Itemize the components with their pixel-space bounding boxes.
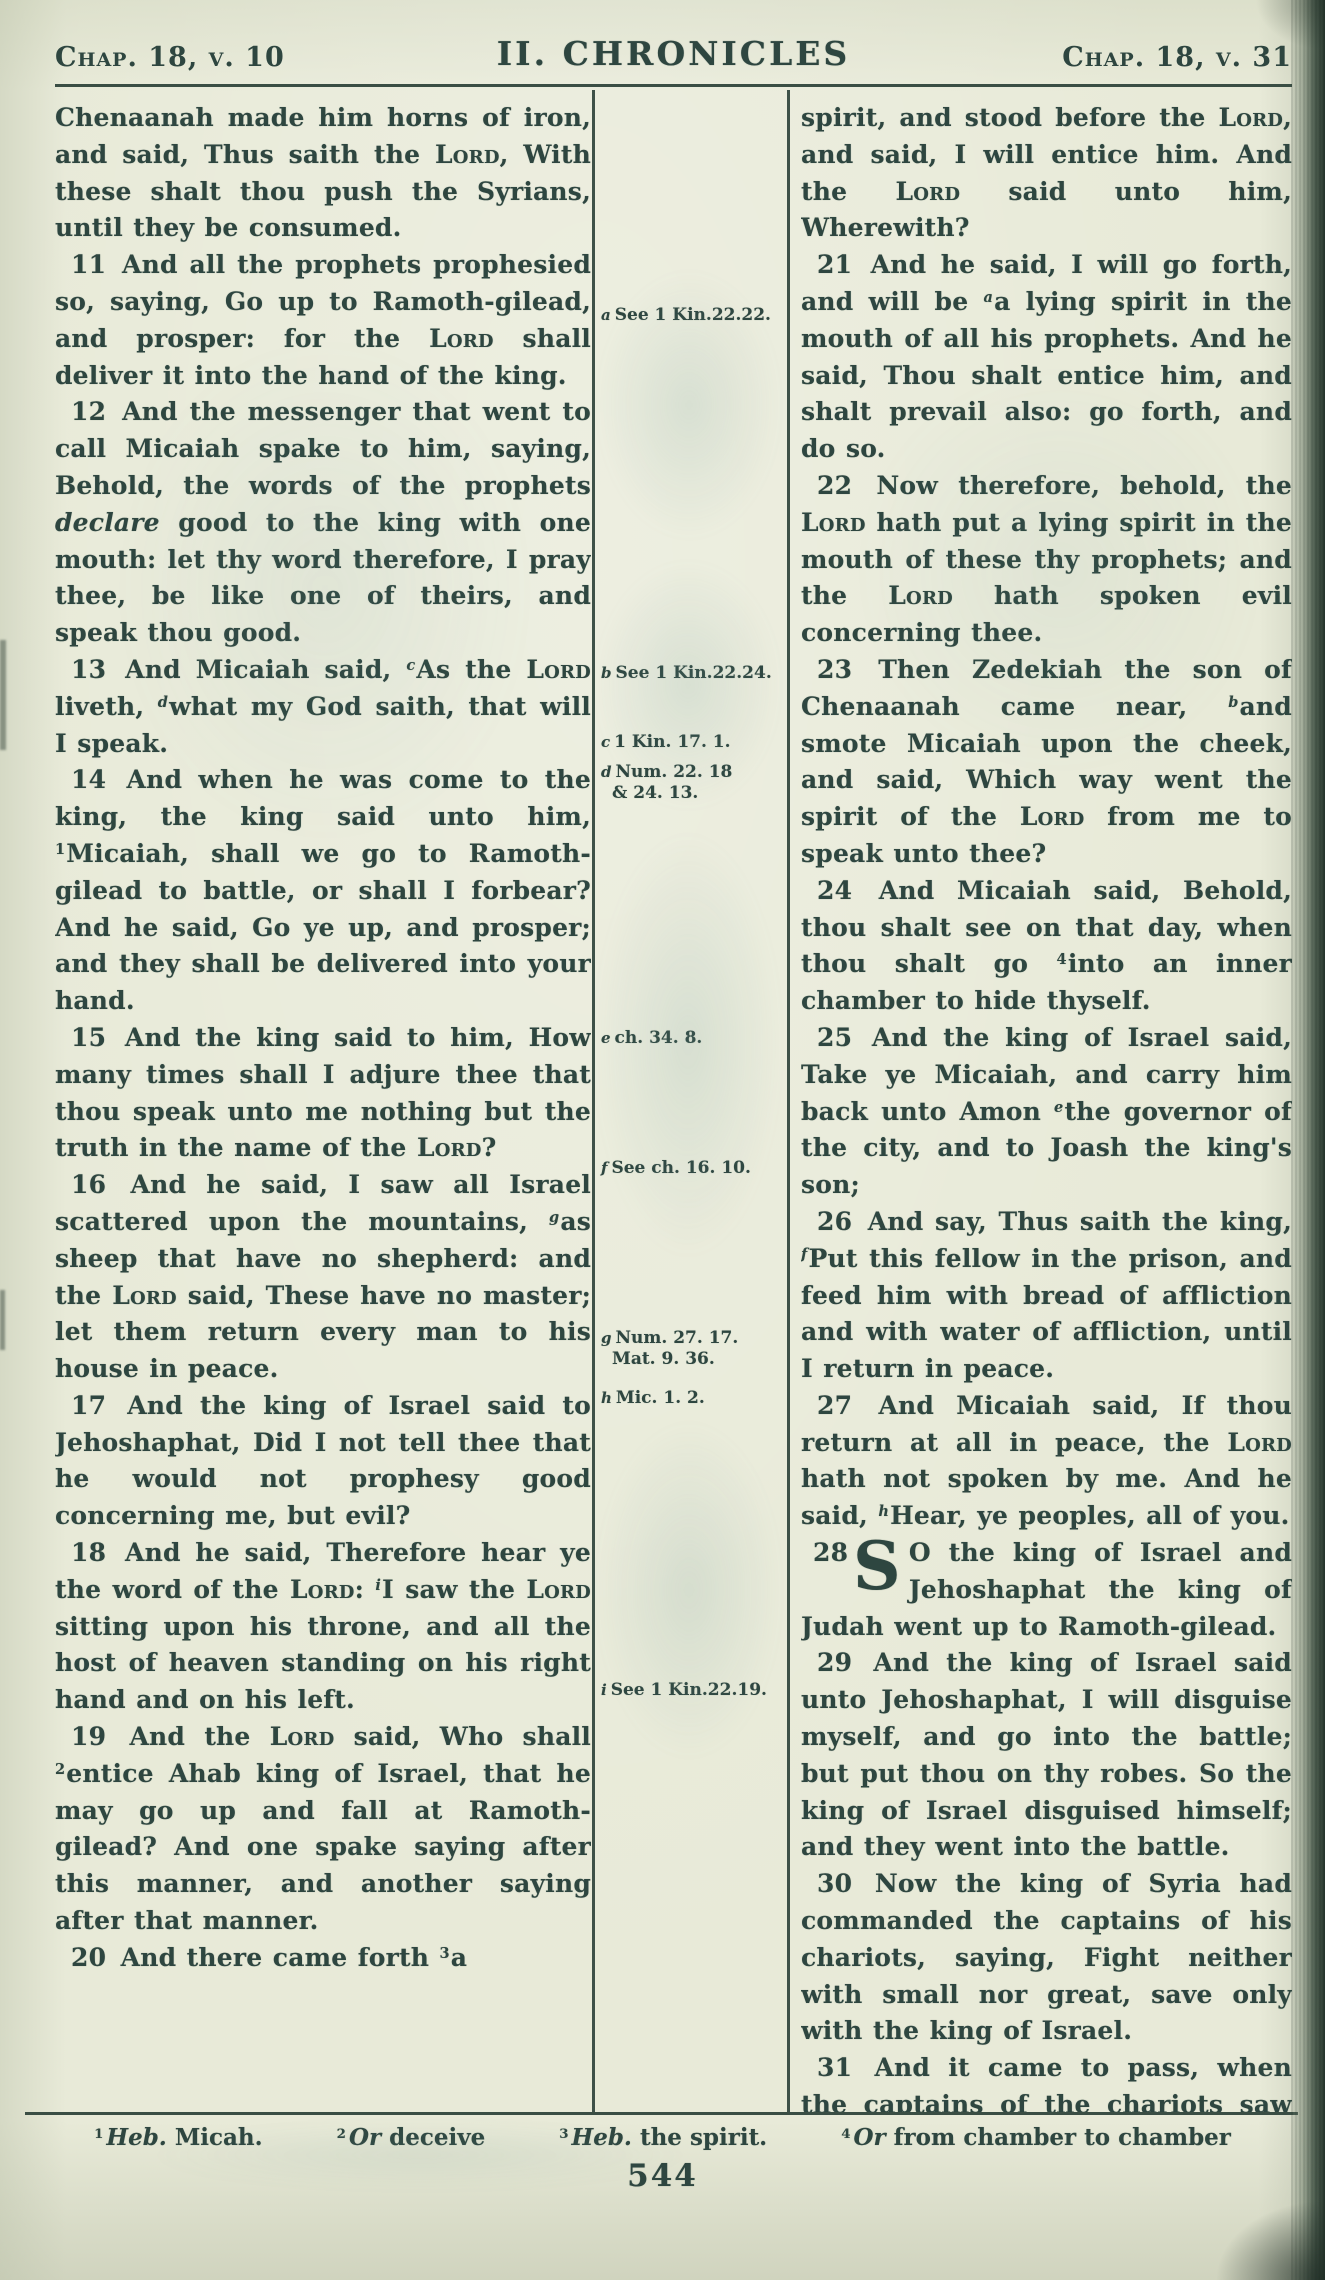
cross-reference: dNum. 22. 18& 24. 13. — [601, 762, 732, 804]
verse-paragraph: 30 Now the king of Syria had commanded t… — [801, 1866, 1292, 2050]
reference-mark: f — [801, 1246, 808, 1263]
cross-reference: aSee 1 Kin.22.22. — [601, 305, 771, 326]
verse-paragraph: 15 And the king said to him, How many ti… — [55, 1020, 591, 1167]
verse-number: 22 — [817, 471, 856, 500]
verse-number: 30 — [817, 1869, 856, 1898]
verse-number: 20 — [71, 1943, 110, 1972]
reference-letter: i — [601, 1681, 607, 1699]
reference-letter: d — [601, 763, 612, 781]
reference-letter: c — [601, 733, 610, 751]
verse-paragraph: 13 And Micaiah said, cAs the Lord liveth… — [55, 652, 591, 762]
verse-paragraph: 17 And the king of Israel said to Jehosh… — [55, 1388, 591, 1535]
footnotes: 1Heb. Micah.2Or deceive3Heb. the spirit.… — [40, 2124, 1285, 2152]
bottom-rule — [25, 2112, 1298, 2115]
cross-reference: bSee 1 Kin.22.24. — [601, 663, 772, 684]
reference-letter: h — [601, 1389, 612, 1407]
drop-cap: S — [853, 1539, 901, 1594]
left-text-column: Chenaanah made him horns of iron, and sa… — [55, 100, 591, 2112]
verse-number: 27 — [817, 1391, 856, 1420]
verse-number: 14 — [71, 765, 110, 794]
footnote-marker: 2 — [337, 2126, 349, 2142]
verse-number: 17 — [71, 1391, 110, 1420]
cross-reference: gNum. 27. 17.Mat. 9. 36. — [601, 1328, 738, 1370]
reference-letter: f — [601, 1159, 607, 1177]
footnote-marker: 3 — [559, 2126, 571, 2142]
verse-paragraph: 22 Now therefore, behold, the Lord hath … — [801, 468, 1292, 652]
verse-paragraph: 14 And when he was come to the king, the… — [55, 762, 591, 1020]
footnote-lead: Heb. — [106, 2124, 174, 2151]
verse-number: 31 — [817, 2053, 856, 2082]
verse-number: 13 — [71, 655, 110, 684]
verse-paragraph: spirit, and stood before the Lord, and s… — [801, 100, 1292, 247]
verse-number: 24 — [817, 876, 856, 905]
reference-mark: 1 — [55, 841, 66, 858]
reference-mark: g — [549, 1209, 560, 1226]
header-book-title: II. CHRONICLES — [497, 34, 851, 73]
reference-continuation: & 24. 13. — [601, 783, 732, 804]
reference-mark: i — [375, 1577, 382, 1594]
book-page: Chap. 18, v. 10 II. CHRONICLES Chap. 18,… — [0, 0, 1325, 2280]
verse-number: 15 — [71, 1023, 110, 1052]
verse-number: 21 — [817, 250, 856, 279]
page-number: 544 — [0, 2158, 1325, 2194]
verse-number: 25 — [817, 1023, 856, 1052]
verse-paragraph: 19 And the Lord said, Who shall 2entice … — [55, 1719, 591, 1940]
verse-paragraph: 12 And the messenger that went to call M… — [55, 394, 591, 652]
footnote-lead: Heb. — [571, 2124, 639, 2151]
verse-number: 23 — [817, 655, 856, 684]
reference-mark: d — [158, 694, 169, 711]
verse-paragraph: 24 And Micaiah said, Behold, thou shalt … — [801, 873, 1292, 1020]
footnote: 3Heb. the spirit. — [559, 2124, 767, 2152]
book-page-edge — [1291, 0, 1325, 2280]
reference-continuation: Mat. 9. 36. — [601, 1349, 738, 1370]
verse-paragraph: 16 And he said, I saw all Israel scatter… — [55, 1167, 591, 1388]
page-edge-mark — [0, 640, 6, 750]
verse-paragraph: Chenaanah made him horns of iron, and sa… — [55, 100, 591, 247]
reference-mark: 2 — [55, 1761, 66, 1778]
footnote-marker: 4 — [841, 2126, 853, 2142]
verse-number: 18 — [71, 1538, 110, 1567]
verse-number: 28 — [813, 1535, 852, 1572]
verse-paragraph: 26 And say, Thus saith the king, fPut th… — [801, 1204, 1292, 1388]
reference-mark: h — [878, 1503, 890, 1520]
verse-paragraph: 18 And he said, Therefore hear ye the wo… — [55, 1535, 591, 1719]
verse-paragraph: 25 And the king of Israel said, Take ye … — [801, 1020, 1292, 1204]
cross-reference: ech. 34. 8. — [601, 1028, 702, 1049]
right-text-column: spirit, and stood before the Lord, and s… — [801, 100, 1292, 2112]
cross-reference: hMic. 1. 2. — [601, 1388, 705, 1409]
header-chapter-right: Chap. 18, v. 31 — [1062, 42, 1292, 73]
verse-paragraph: 20 And there came forth 3a — [55, 1940, 591, 1977]
verse-paragraph: 21 And he said, I will go forth, and wil… — [801, 247, 1292, 468]
footnote-marker: 1 — [94, 2126, 106, 2142]
verse-number: 12 — [71, 397, 110, 426]
reference-mark: a — [983, 289, 994, 306]
verse-paragraph: 27 And Micaiah said, If thou return at a… — [801, 1388, 1292, 1535]
reference-mark: e — [1054, 1099, 1064, 1116]
cross-reference: iSee 1 Kin.22.19. — [601, 1680, 767, 1701]
footnote-lead: Or — [853, 2124, 893, 2151]
page-edge-mark — [0, 1290, 5, 1350]
verse-paragraph: 31 And it came to pass, when the captain… — [801, 2050, 1292, 2112]
footnote: 2Or deceive — [337, 2124, 486, 2152]
reference-mark: c — [406, 657, 416, 674]
verse-paragraph: 23 Then Zedekiah the son of Chenaanah ca… — [801, 652, 1292, 873]
cross-reference-column: aSee 1 Kin.22.22.bSee 1 Kin.22.24.c1 Kin… — [601, 100, 783, 2112]
verse-number: 11 — [71, 250, 110, 279]
page-header: Chap. 18, v. 10 II. CHRONICLES Chap. 18,… — [55, 34, 1292, 73]
footnote-lead: Or — [349, 2124, 389, 2151]
top-rule — [55, 84, 1292, 87]
reference-mark: 3 — [440, 1945, 451, 1962]
reference-letter: b — [601, 664, 612, 682]
verse-number: 29 — [817, 1648, 856, 1677]
verse-paragraph: 11 And all the prophets prophesied so, s… — [55, 247, 591, 394]
cross-reference: c1 Kin. 17. 1. — [601, 732, 731, 753]
verse-number: 16 — [71, 1170, 110, 1199]
verse-paragraph: 29 And the king of Israel said unto Jeho… — [801, 1645, 1292, 1866]
column-rule-left — [592, 90, 595, 2113]
reference-mark: b — [1228, 694, 1239, 711]
verse-number: 19 — [71, 1722, 110, 1751]
reference-letter: e — [601, 1029, 611, 1047]
header-chapter-left: Chap. 18, v. 10 — [55, 42, 285, 73]
reference-letter: a — [601, 306, 611, 324]
verse-paragraph: 28 SO the king of Israel and Jehoshaphat… — [801, 1535, 1292, 1645]
reference-mark: 4 — [1057, 951, 1068, 968]
cross-reference: fSee ch. 16. 10. — [601, 1158, 751, 1179]
verse-number: 26 — [817, 1207, 856, 1236]
footnote: 1Heb. Micah. — [94, 2124, 263, 2152]
footnote: 4Or from chamber to chamber — [841, 2124, 1231, 2152]
reference-letter: g — [601, 1329, 612, 1347]
column-rule-right — [787, 90, 790, 2113]
